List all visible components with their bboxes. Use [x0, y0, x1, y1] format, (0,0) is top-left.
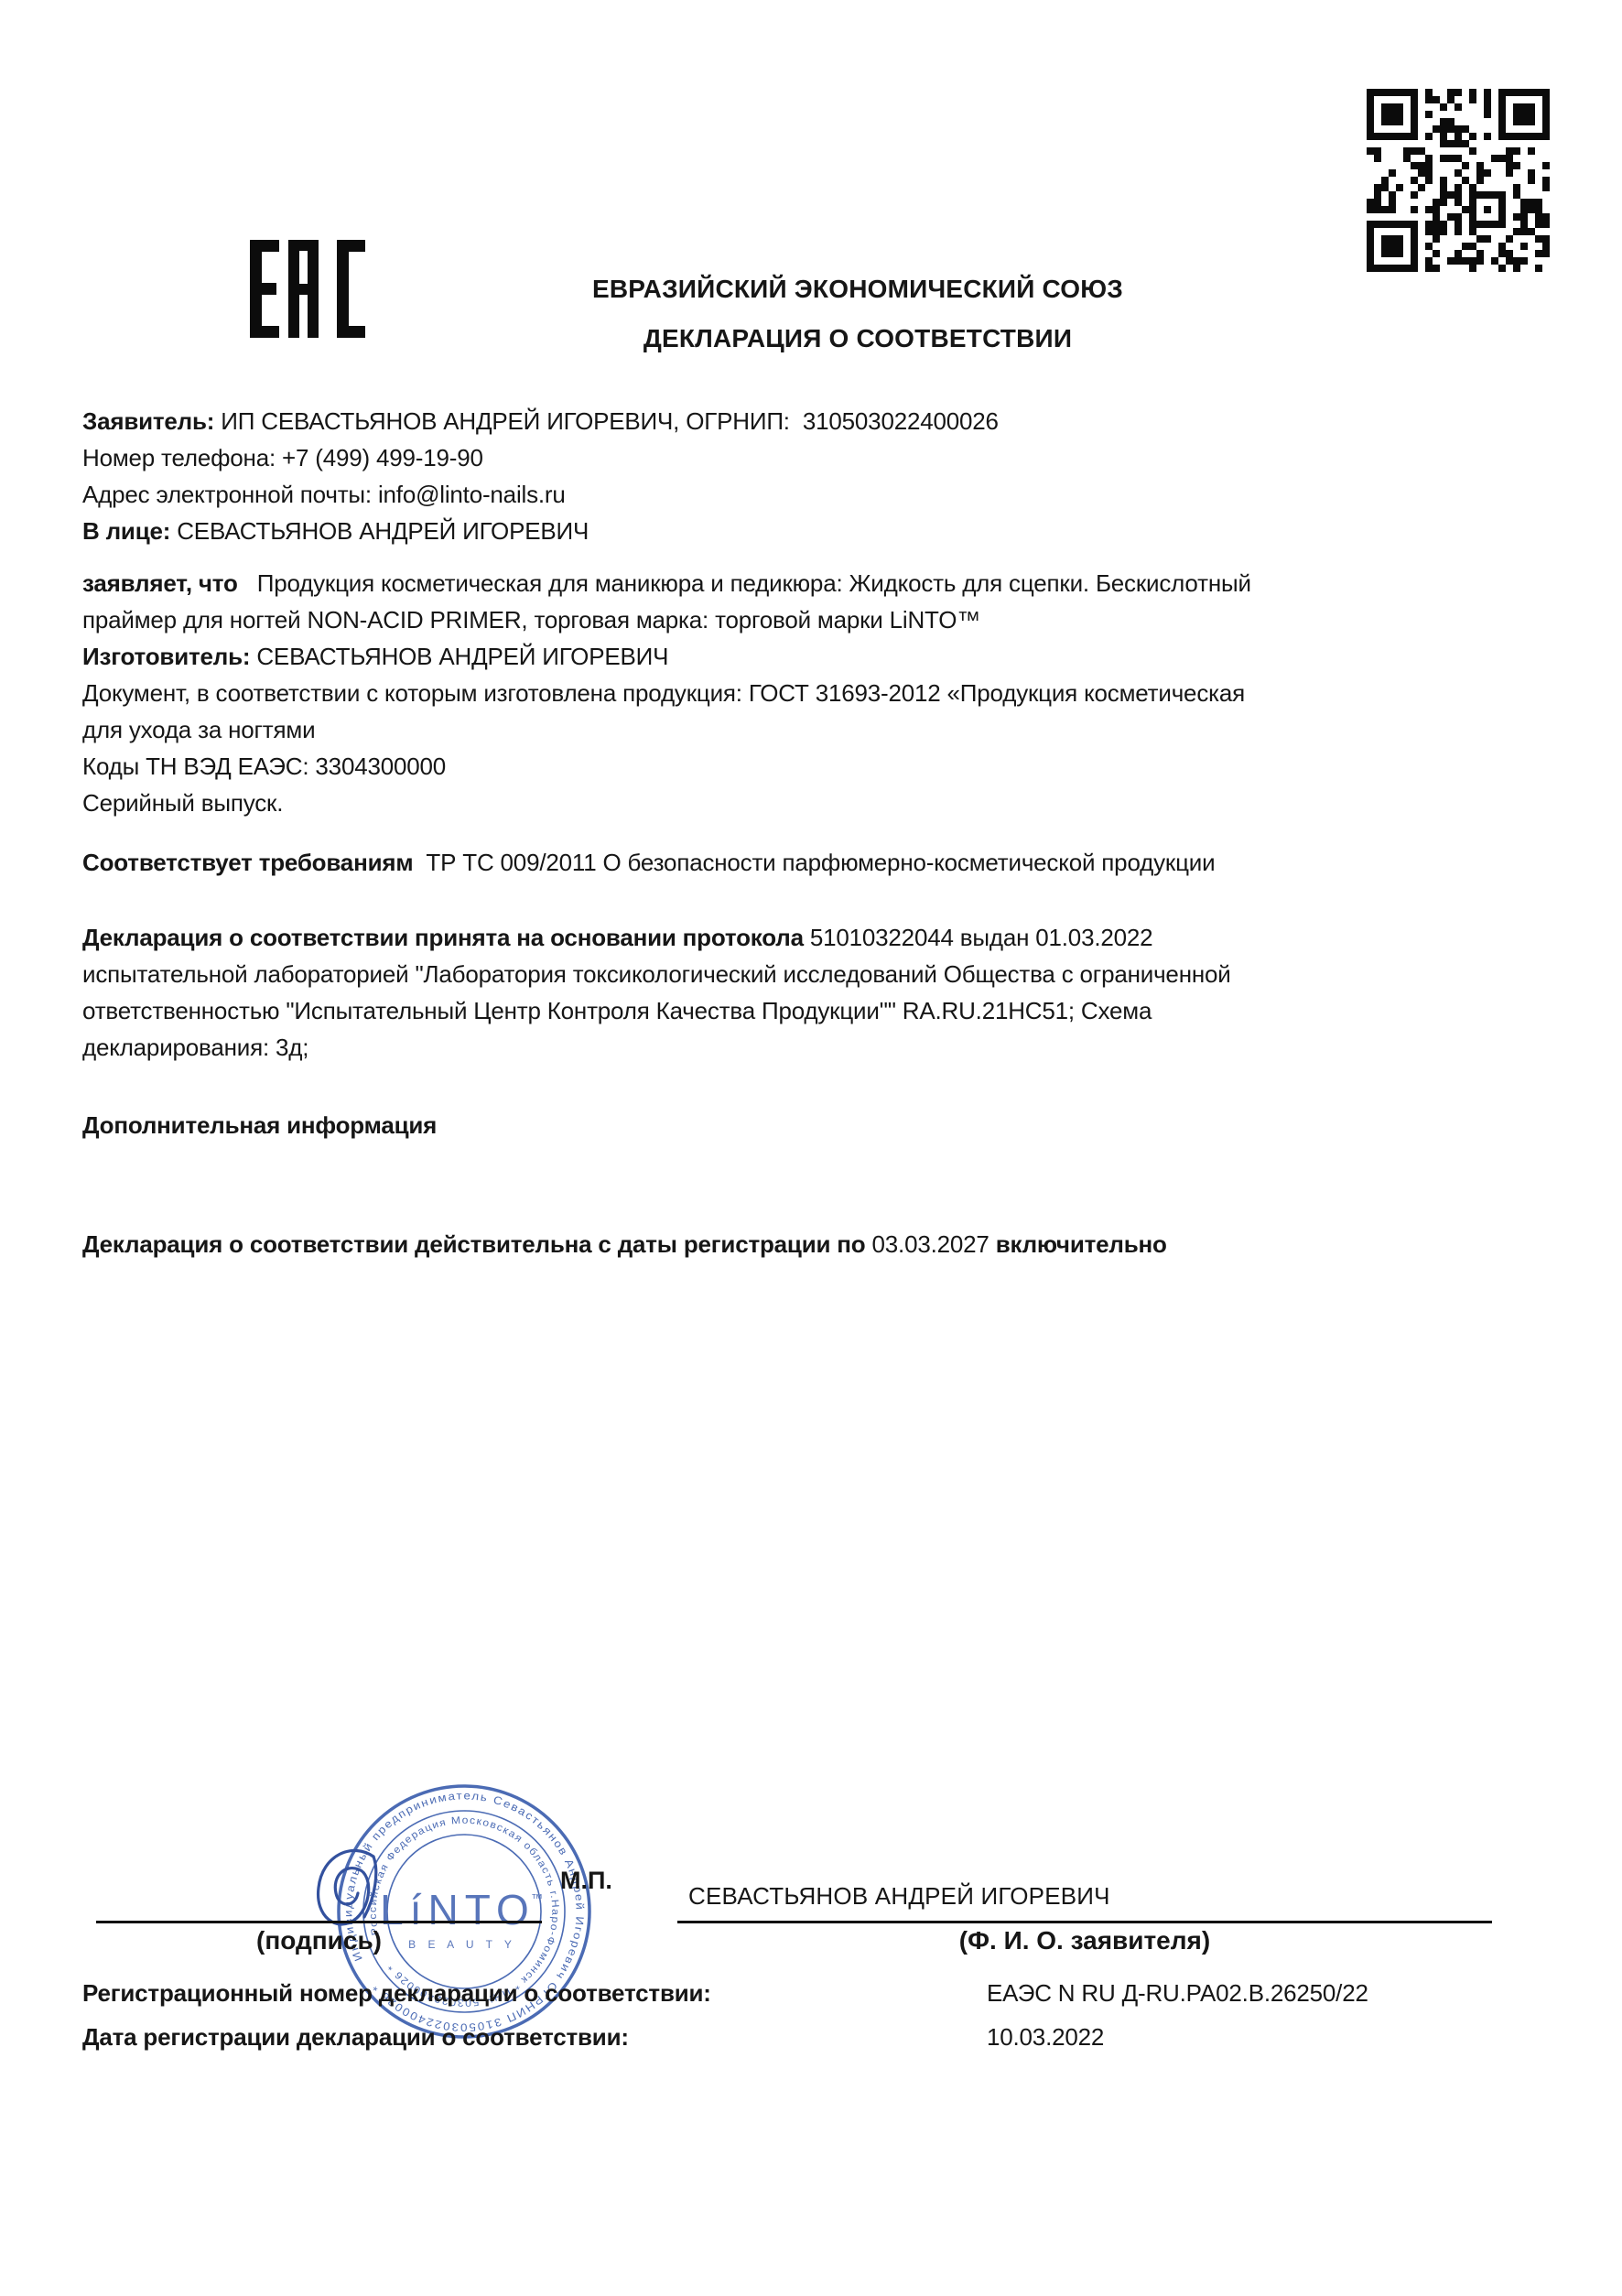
manufacturer-label: Изготовитель: [82, 643, 250, 670]
fio-line [677, 1921, 1492, 1923]
document-body: Заявитель: ИП СЕВАСТЬЯНОВ АНДРЕЙ ИГОРЕВИ… [82, 403, 1547, 1262]
basis-value-1: 51010322044 выдан 01.03.2022 [804, 924, 1153, 951]
declares-line-1: заявляет, что Продукция косметическая дл… [82, 565, 1547, 601]
validity-suffix: включительно [996, 1230, 1167, 1258]
basis-line-2: испытательной лабораторией "Лаборатория … [82, 956, 1547, 992]
declares-value-1: Продукция косметическая для маникюра и п… [238, 569, 1251, 597]
declares-label: заявляет, что [82, 569, 238, 597]
declaration-document: ЕВРАЗИЙСКИЙ ЭКОНОМИЧЕСКИЙ СОЮЗ ДЕКЛАРАЦИ… [0, 0, 1622, 2296]
reg-date-label: Дата регистрации декларации о соответств… [82, 2023, 629, 2052]
union-name: ЕВРАЗИЙСКИЙ ЭКОНОМИЧЕСКИЙ СОЮЗ [93, 275, 1622, 304]
reg-number-label: Регистрационный номер декларации о соотв… [82, 1979, 711, 2008]
complies-value: ТР ТС 009/2011 О безопасности парфюмерно… [413, 849, 1215, 876]
person-value: СЕВАСТЬЯНОВ АНДРЕЙ ИГОРЕВИЧ [170, 517, 589, 545]
person-label: В лице: [82, 517, 170, 545]
reg-date-value: 10.03.2022 [987, 2023, 1104, 2052]
manufacturer-line: Изготовитель: СЕВАСТЬЯНОВ АНДРЕЙ ИГОРЕВИ… [82, 638, 1547, 675]
mp-label: М.П. [560, 1867, 612, 1895]
validity-label: Декларация о соответствии действительна … [82, 1230, 866, 1258]
validity-line: Декларация о соответствии действительна … [82, 1226, 1547, 1262]
declares-line-2: праймер для ногтей NON-ACID PRIMER, торг… [82, 601, 1547, 638]
complies-label: Соответствует требованиям [82, 849, 413, 876]
basis-label: Декларация о соответствии принята на осн… [82, 924, 804, 951]
fio-value: СЕВАСТЬЯНОВ АНДРЕЙ ИГОРЕВИЧ [688, 1882, 1110, 1911]
claimant-value: ИП СЕВАСТЬЯНОВ АНДРЕЙ ИГОРЕВИЧ, ОГРНИП: … [214, 407, 999, 435]
complies-line: Соответствует требованиям ТР ТС 009/2011… [82, 844, 1547, 881]
tnved-line: Коды ТН ВЭД ЕАЭС: 3304300000 [82, 748, 1547, 785]
basis-line-1: Декларация о соответствии принята на осн… [82, 919, 1547, 956]
person-line: В лице: СЕВАСТЬЯНОВ АНДРЕЙ ИГОРЕВИЧ [82, 513, 1547, 549]
stamp-brand-tm: ™ [531, 1891, 543, 1905]
claimant-line: Заявитель: ИП СЕВАСТЬЯНОВ АНДРЕЙ ИГОРЕВИ… [82, 403, 1547, 439]
claimant-label: Заявитель: [82, 407, 214, 435]
manufacturer-value: СЕВАСТЬЯНОВ АНДРЕЙ ИГОРЕВИЧ [250, 643, 668, 670]
qr-code [1367, 89, 1550, 272]
serial-line: Серийный выпуск. [82, 785, 1547, 821]
signature-line [96, 1921, 542, 1923]
additional-info-label: Дополнительная информация [82, 1107, 1547, 1143]
document-title: ДЕКЛАРАЦИЯ О СООТВЕТСТВИИ [93, 324, 1622, 353]
fio-caption: (Ф. И. О. заявителя) [677, 1926, 1492, 1955]
validity-date: 03.03.2027 [866, 1230, 996, 1258]
reg-number-value: ЕАЭС N RU Д-RU.РА02.В.26250/22 [987, 1979, 1368, 2008]
signature-caption: (подпись) [96, 1926, 542, 1955]
phone-line: Номер телефона: +7 (499) 499-19-90 [82, 439, 1547, 476]
basis-line-3: ответственностью "Испытательный Центр Ко… [82, 992, 1547, 1029]
document-header: ЕВРАЗИЙСКИЙ ЭКОНОМИЧЕСКИЙ СОЮЗ ДЕКЛАРАЦИ… [93, 275, 1622, 353]
basis-line-4: декларирования: 3д; [82, 1029, 1547, 1066]
email-line: Адрес электронной почты: info@linto-nail… [82, 476, 1547, 513]
product-document-line-2: для ухода за ногтями [82, 711, 1547, 748]
product-document-line-1: Документ, в соответствии с которым изгот… [82, 675, 1547, 711]
